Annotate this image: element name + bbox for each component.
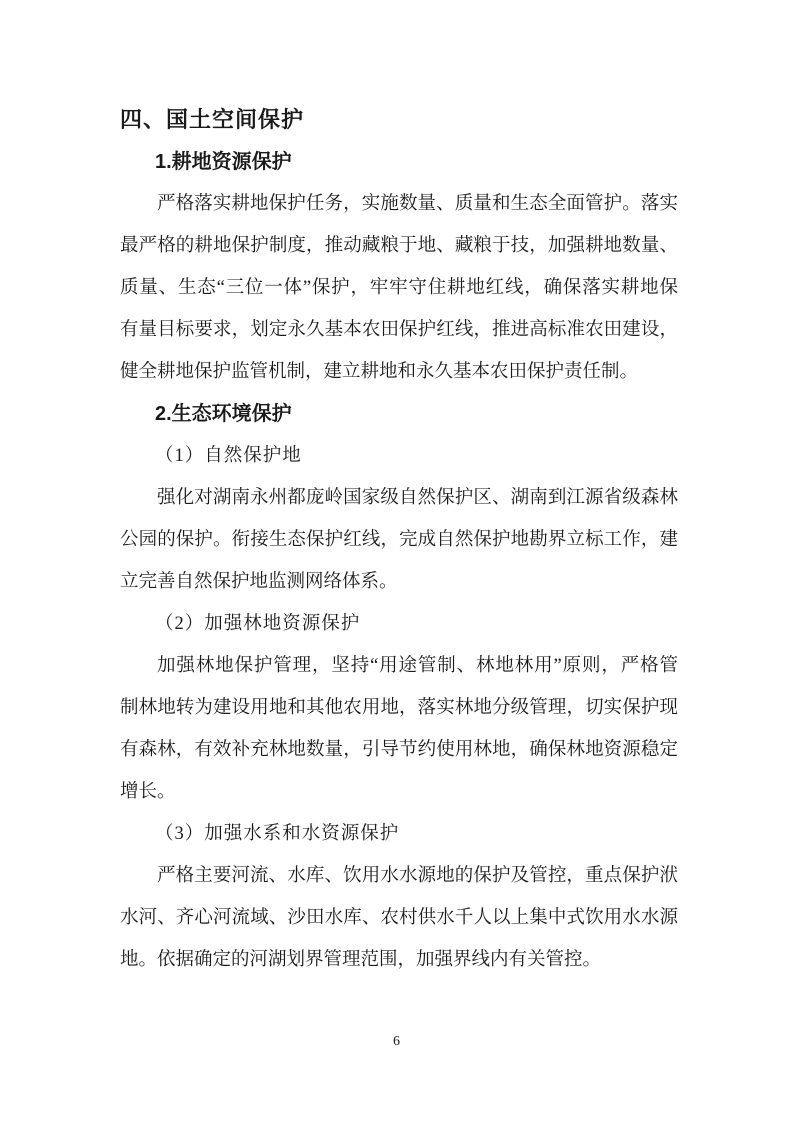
paragraph-line: 公园的保护。衔接生态保护红线，完成自然保护地勘界立标工作，建 — [120, 519, 678, 561]
paragraph-line: 立完善自然保护地监测网络体系。 — [120, 561, 678, 603]
paragraph-line: 强化对湖南永州都庞岭国家级自然保护区、湖南到江源省级森林 — [120, 477, 678, 519]
subsection-heading-2: （2）加强林地资源保护 — [120, 603, 678, 645]
paragraph-line: 地。依据确定的河湖划界管理范围，加强界线内有关管控。 — [120, 939, 678, 981]
subsection-heading-3: （3）加强水系和水资源保护 — [120, 813, 678, 855]
paragraph-line: 严格主要河流、水库、饮用水水源地的保护及管控，重点保护洑 — [120, 855, 678, 897]
paragraph-line: 健全耕地保护监管机制，建立耕地和永久基本农田保护责任制。 — [120, 351, 678, 393]
page-number: 6 — [0, 1032, 793, 1052]
chapter-heading: 四、国土空间保护 — [120, 99, 678, 141]
document-body: 四、国土空间保护 1.耕地资源保护 严格落实耕地保护任务，实施数量、质量和生态全… — [120, 99, 678, 981]
paragraph-line: 增长。 — [120, 771, 678, 813]
document-page: 四、国土空间保护 1.耕地资源保护 严格落实耕地保护任务，实施数量、质量和生态全… — [0, 0, 793, 1122]
section-heading-1: 1.耕地资源保护 — [120, 141, 678, 183]
paragraph-line: 严格落实耕地保护任务，实施数量、质量和生态全面管护。落实 — [120, 183, 678, 225]
paragraph-line: 最严格的耕地保护制度，推动藏粮于地、藏粮于技，加强耕地数量、 — [120, 225, 678, 267]
paragraph-line: 有量目标要求，划定永久基本农田保护红线，推进高标准农田建设， — [120, 309, 678, 351]
paragraph-line: 有森林，有效补充林地数量，引导节约使用林地，确保林地资源稳定 — [120, 729, 678, 771]
section-heading-2: 2.生态环境保护 — [120, 393, 678, 435]
paragraph-line: 制林地转为建设用地和其他农用地，落实林地分级管理，切实保护现 — [120, 687, 678, 729]
paragraph-line: 水河、齐心河流域、沙田水库、农村供水千人以上集中式饮用水水源 — [120, 897, 678, 939]
paragraph-line: 加强林地保护管理，坚持“用途管制、林地林用”原则，严格管 — [120, 645, 678, 687]
paragraph-line: 质量、生态“三位一体”保护，牢牢守住耕地红线，确保落实耕地保 — [120, 267, 678, 309]
subsection-heading-1: （1）自然保护地 — [120, 435, 678, 477]
